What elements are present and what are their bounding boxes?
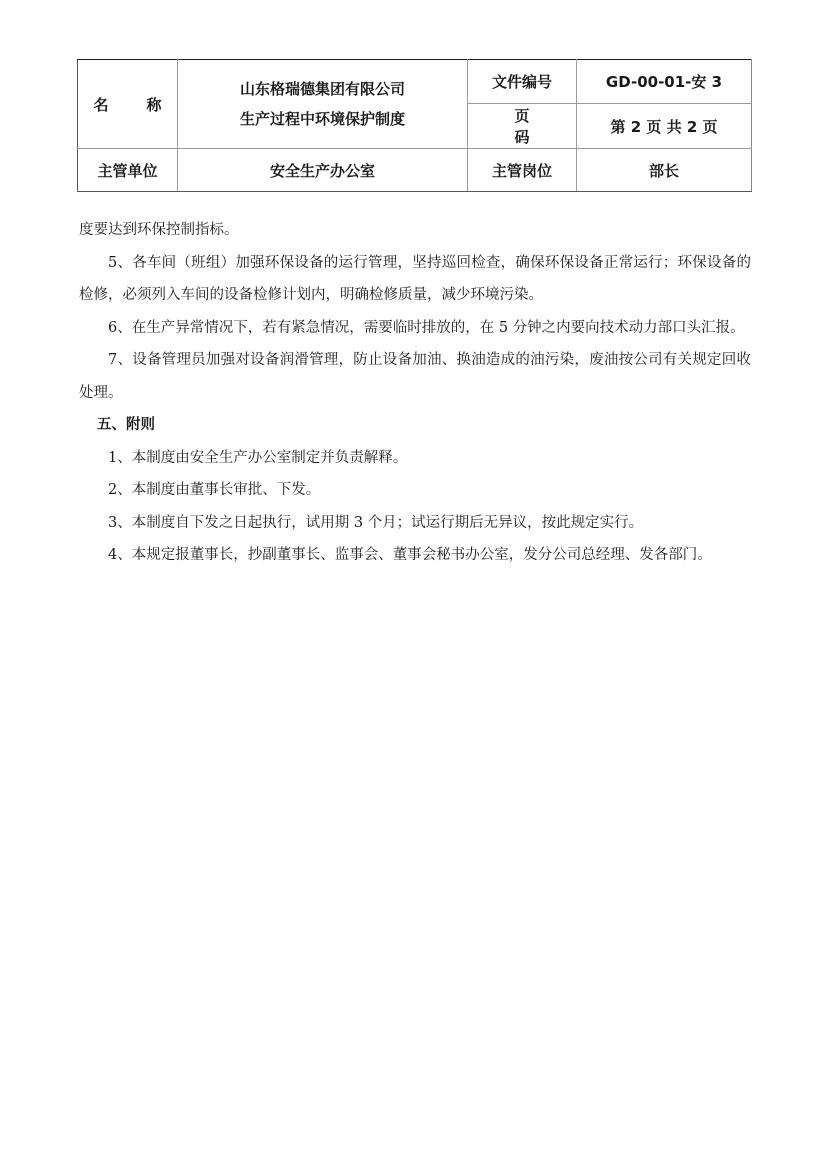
- appendix-item-2: 2、本制度由董事长审批、下发。: [79, 474, 751, 507]
- name-label-cell: 名称: [78, 60, 178, 149]
- paragraph-item-5: 5、各车间（班组）加强环保设备的运行管理，坚持巡回检查，确保环保设备正常运行；环…: [79, 247, 751, 312]
- paragraph-continuation: 度要达到环保控制指标。: [79, 214, 751, 247]
- paragraph-item-6: 6、在生产异常情况下，若有紧急情况，需要临时排放的，在 5 分钟之内要向技术动力…: [79, 312, 751, 345]
- post-label: 主管岗位: [468, 149, 577, 192]
- dept-label: 主管单位: [78, 149, 178, 192]
- name-label-char-1: 名: [93, 96, 108, 114]
- document-header-table: 名称 山东格瑞德集团有限公司 生产过程中环境保护制度 文件编号 GD-00-01…: [77, 59, 752, 192]
- doc-no-label: 文件编号: [468, 60, 577, 104]
- appendix-item-3: 3、本制度自下发之日起执行，试用期 3 个月；试运行期后无异议，按此规定实行。: [79, 507, 751, 540]
- title-cell: 山东格瑞德集团有限公司 生产过程中环境保护制度: [178, 60, 468, 149]
- post-value: 部长: [577, 149, 752, 192]
- name-label-char-2: 称: [147, 96, 162, 114]
- company-name: 山东格瑞德集团有限公司: [178, 74, 467, 104]
- section-heading-appendix: 五、附则: [79, 409, 751, 442]
- page-label: 页码: [468, 104, 577, 149]
- appendix-item-4: 4、本规定报董事长，抄副董事长、监事会、董事会秘书办公室，发分公司总经理、发各部…: [79, 539, 751, 572]
- document-body: 度要达到环保控制指标。 5、各车间（班组）加强环保设备的运行管理，坚持巡回检查，…: [79, 214, 751, 572]
- document-title: 生产过程中环境保护制度: [178, 104, 467, 134]
- paragraph-item-7: 7、设备管理员加强对设备润滑管理，防止设备加油、换油造成的油污染，废油按公司有关…: [79, 344, 751, 409]
- doc-no-value: GD-00-01-安 3: [577, 60, 752, 104]
- appendix-item-1: 1、本制度由安全生产办公室制定并负责解释。: [79, 442, 751, 475]
- dept-value: 安全生产办公室: [178, 149, 468, 192]
- page-value: 第 2 页 共 2 页: [577, 104, 752, 149]
